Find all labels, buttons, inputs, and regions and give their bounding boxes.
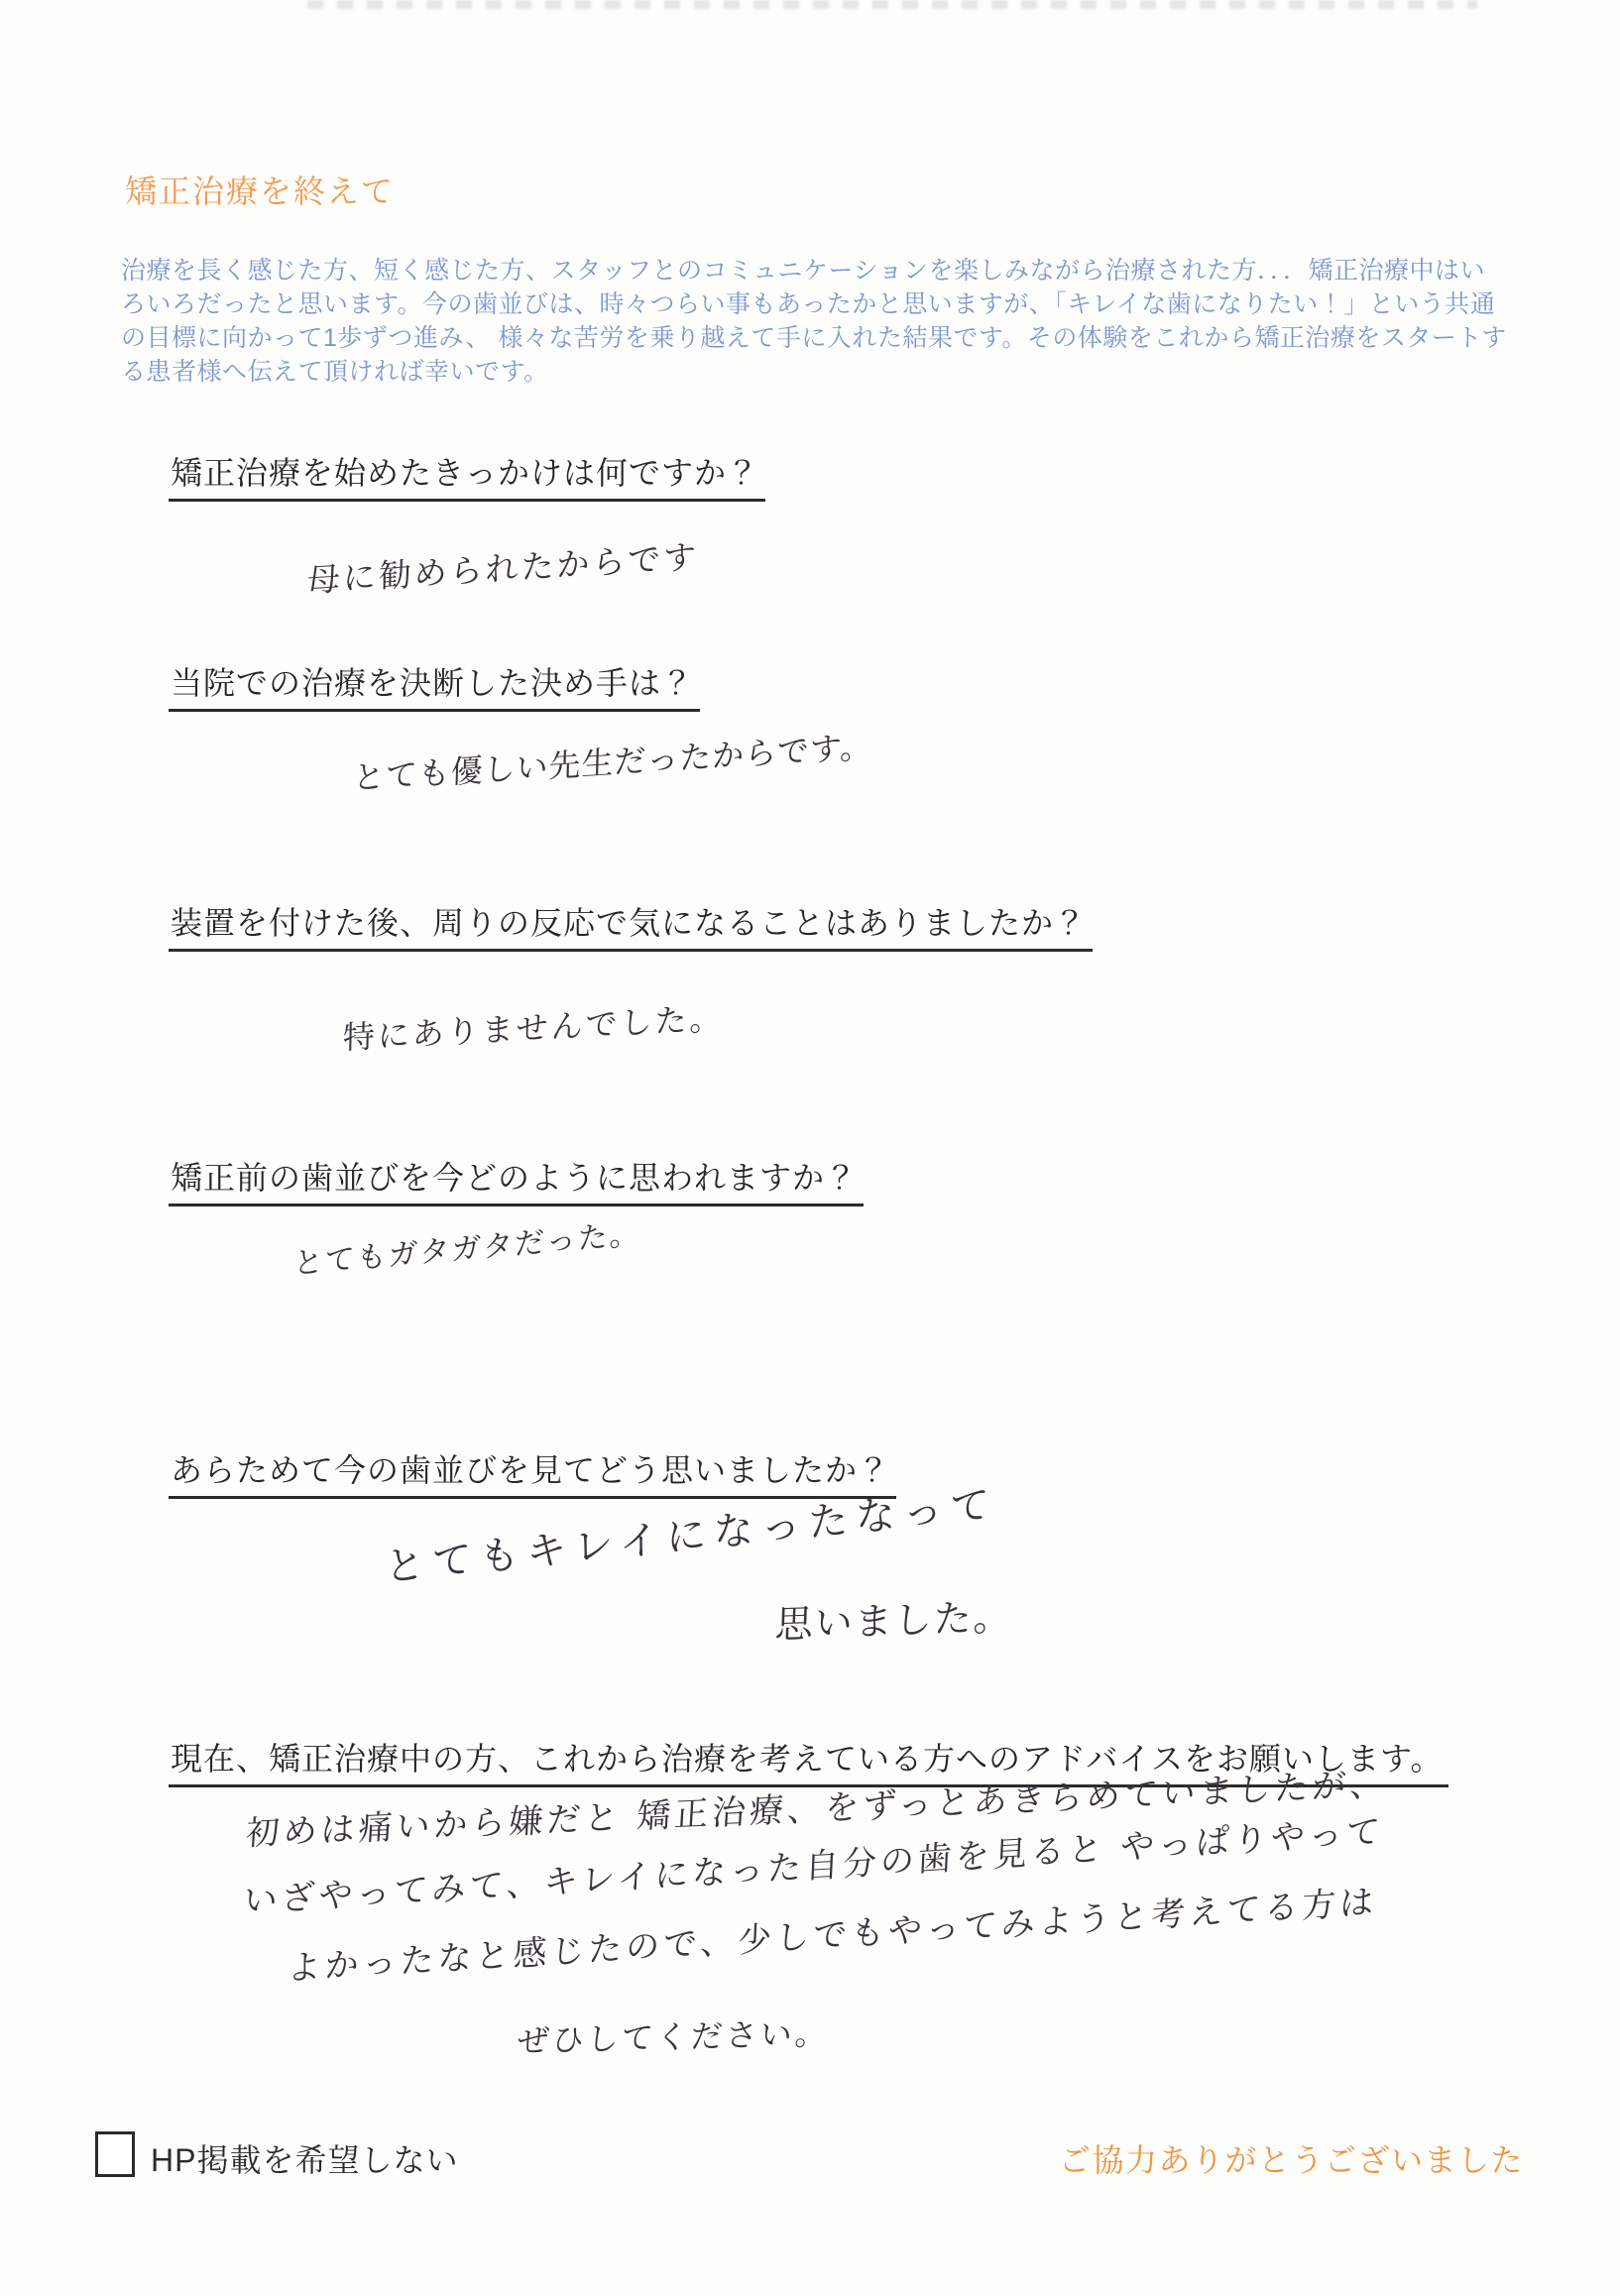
intro-line: の目標に向かって1歩ずつ進み、 様々な苦労を乗り越えて手に入れた結果です。その体… [121,321,1507,355]
page-title: 矯正治療を終えて [125,167,395,212]
answer-current-teeth-line2: 思いました。 [774,1586,1014,1649]
question-current-teeth: あらためて今の歯並びを見てどう思いましたか？ [169,1445,896,1499]
questionnaire-page: 矯正治療を終えて 治療を長く感じた方、短く感じた方、スタッフとのコミュニケーショ… [0,0,1620,2296]
intro-paragraph: 治療を長く感じた方、短く感じた方、スタッフとのコミュニケーションを楽しみながら治… [121,254,1507,389]
intro-line: 治療を長く感じた方、短く感じた方、スタッフとのコミュニケーションを楽しみながら治… [121,254,1507,287]
answer-advice-line4: ぜひしてください。 [517,2009,832,2062]
answer-reactions: 特にありませんでした。 [343,993,725,1059]
scan-artifact-top [307,0,1477,9]
answer-deciding-factor: とても優しい先生だったからです。 [352,722,872,799]
answer-trigger: 母に勧められたからです [307,531,699,602]
intro-line: ろいろだったと思います。今の歯並びは、時々つらい事もあったかと思いますが、「キレ… [121,287,1507,321]
question-before-teeth: 矯正前の歯並びを今どのように思われますか？ [169,1153,864,1206]
question-deciding-factor: 当院での治療を決断した決め手は？ [169,658,700,712]
answer-before-teeth: とてもガタガタだった。 [293,1208,641,1283]
intro-line: る患者様へ伝えて頂ければ幸いです。 [121,355,1507,389]
footer-row: HP掲載を希望しない ご協力ありがとうございました [0,2124,1620,2183]
question-reactions: 装置を付けた後、周りの反応で気になることはありましたか？ [169,898,1093,952]
hp-optout-label: HP掲載を希望しない [151,2135,458,2181]
thanks-text: ご協力ありがとうございました [1059,2135,1524,2181]
hp-optout-checkbox[interactable] [95,2131,135,2177]
question-trigger: 矯正治療を始めたきっかけは何ですか？ [169,448,765,502]
